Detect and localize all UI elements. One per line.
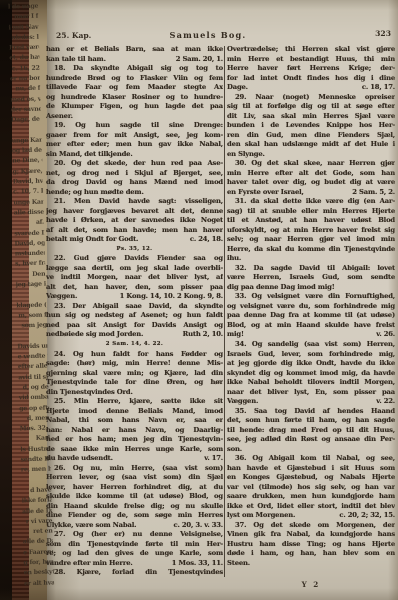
text-line: ve indtil Morgen, naar det bliver lyst, … xyxy=(46,273,223,283)
text-line: 18. Da skyndte Abigail sig og tog to xyxy=(46,64,223,74)
text-line: bunden i de Levendes Knippe hos Her- xyxy=(227,121,395,131)
text-line: og velsignet være du, som forhindrede mi… xyxy=(227,302,395,312)
text-line: Vinen gik fra Nabal, da kundgjorde hans xyxy=(227,530,395,540)
text-segment: du havde udsendt. xyxy=(46,454,113,464)
text-line: naar det bliver lyst, En, som pisser paa xyxy=(227,388,395,398)
text-line: døde i ham, og han, han blev som en xyxy=(227,549,395,559)
text-line: og hundrede Klaser Rosiner og to hundre- xyxy=(46,93,223,103)
text-line: Israels Gud, lever, som forhindrede mig, xyxy=(227,350,395,360)
text-line: net, og drog ned i Skjul af Bjerget, see… xyxy=(46,169,223,179)
text-line: skyndet dig og kommet imod mig, da havde xyxy=(227,369,395,379)
text-line: sig til at forfølge dig og til at søge e… xyxy=(227,102,395,112)
text-line: Dage.c. 18, 17. xyxy=(227,83,395,93)
text-line: hende; og hun mødte dem. xyxy=(46,188,223,198)
text-segment: nedbøiede sig mod Jorden. xyxy=(46,330,143,340)
text-line: han: Nabal er hans Navn, og Daarlig- xyxy=(46,426,223,436)
facing-page-fragment: er alt hvad xyxy=(24,578,54,589)
text-line: Steen. xyxy=(227,559,395,569)
text-line: 19. Og hun sagde til sine Drenge: xyxy=(46,121,223,131)
text-line: en Fyrste over Israel,2 Sam. 5, 2. xyxy=(227,188,395,198)
text-segment: v. 22. xyxy=(376,397,395,407)
text-line: 21. Men David havde sagt: visseligen, xyxy=(46,197,223,207)
text-line: det, som hun førte til ham, og han sagde xyxy=(227,416,395,426)
text-line: 33. Og velsignet være din Fornuftighed, xyxy=(227,292,395,302)
text-line: ned paa sit Ansigt for Davids Ansigt og xyxy=(46,321,223,331)
text-segment: 1 Kong. 14, 10. 2 Kong. 9, 8. xyxy=(120,292,223,302)
text-line: du havde udsendt.v. 17. xyxy=(46,454,223,464)
text-line: var vel (tilmode) hos sig selv, og han v… xyxy=(227,483,395,493)
text-segment: vandre efter min Herre. xyxy=(46,559,133,569)
text-line: din Haand skulde frelse dig; og nu skull… xyxy=(46,502,223,512)
text-line: de Klumper Figen, og hun lagde det paa xyxy=(46,102,223,112)
text-line: Hustru ham disse Ting; og hans Hjerte xyxy=(227,540,395,550)
text-line: 26. Og nu, min Herre, (saa vist som) xyxy=(46,464,223,474)
text-line: havde i Ørken, at der savnedes ikke Noge… xyxy=(46,216,223,226)
text-line: 25. Min Herre, kjære, sætte ikke sit xyxy=(46,397,223,407)
text-line: see, jeg adlød din Røst og ansaae din Pe… xyxy=(227,435,395,445)
text-line: en Konges Gjæstebud, og Nabals Hjerte xyxy=(227,473,395,483)
text-segment: Dage. xyxy=(227,83,248,93)
text-segment: betalt mig Ondt for Godt. xyxy=(46,235,138,245)
text-line: han havde et Gjæstebud i sit Huus som xyxy=(227,464,395,474)
text-segment: v. 26. xyxy=(376,330,395,340)
text-column-left: han er et Belials Barn, saa at man ikkek… xyxy=(46,45,223,578)
text-segment: v. 17. xyxy=(204,454,223,464)
text-line: Væggen.v. 22. xyxy=(227,397,395,407)
text-line: 24. Og hun faldt for hans Fødder og xyxy=(46,350,223,360)
text-line: 23. Der Abigail saae David, da skyndte xyxy=(46,302,223,312)
text-line: 32. Da sagde David til Abigail: lovet xyxy=(227,264,395,274)
text-line: 36. Og Abigail kom til Nabal, og see, xyxy=(227,454,395,464)
text-line: lever, haver Herren forhindret dig, at d… xyxy=(46,483,223,493)
text-line: gaaer frem for mit Ansigt, see, jeg kom- xyxy=(46,131,223,141)
text-line: uforskyldt, og at min Herre haver frelst… xyxy=(227,226,395,236)
text-line: haver talet over dig, og budet dig at væ… xyxy=(227,178,395,188)
text-line: til et Anstød, at han haver udøst Blod xyxy=(227,216,395,226)
text-line: dig paa denne Dag imod mig! xyxy=(227,283,395,293)
text-line: vandre efter min Herre.1 Mos. 33, 11. xyxy=(46,559,223,569)
text-line: mig!v. 26. xyxy=(227,330,395,340)
text-line: Asener. xyxy=(46,112,223,122)
text-segment: c. 24, 18. xyxy=(190,235,223,245)
cross-reference-line: 2 Sam. 14, 4. 22. xyxy=(46,340,223,350)
text-line: nedbøiede sig mod Jorden.Ruth 2, 10. xyxy=(46,330,223,340)
text-line: den skal han udslænge midt af det Hule i xyxy=(227,140,395,150)
text-line: 27. Og (her er) nu denne Velsignelse, xyxy=(46,530,223,540)
text-column-right: Overtrædelse; thi Herren skal vist gjøre… xyxy=(227,45,395,568)
text-line: være Herren, Israels Gud, som sendte xyxy=(227,273,395,283)
text-line: lyst om Morgenen.c. 20, 2; 32, 15. xyxy=(227,511,395,521)
text-segment: Ruth 2, 10. xyxy=(183,330,223,340)
text-line: Væggen.1 Kong. 14, 10. 2 Kong. 9, 8. xyxy=(46,292,223,302)
text-line: tillavede Faar og fem Maader stegte Ax xyxy=(46,83,223,93)
text-segment: lyst om Morgenen. xyxy=(227,511,295,521)
text-line: re; og lad den gives de unge Karle, som xyxy=(46,549,223,559)
text-line: 29. Naar (noget) Menneske opreiser xyxy=(227,93,395,103)
text-line: min Herre et bestandigt Huus, thi min xyxy=(227,55,395,65)
text-segment: mig! xyxy=(227,330,244,340)
text-line: da drog David og hans Mænd ned imod xyxy=(46,178,223,188)
text-line: de saae ikke min Herres unge Karle, som xyxy=(46,445,223,455)
text-line: dit Liv, saa skal min Herres Sjæl være xyxy=(227,112,395,122)
running-head-chapter: 25. Kap. xyxy=(56,31,91,40)
text-line: min Herre efter alt det Gode, som han xyxy=(227,169,395,179)
text-line: som din Tjenestqvinde førte til min Her- xyxy=(46,540,223,550)
text-segment: kan tale til ham. xyxy=(46,55,106,65)
text-line: 35. Saa tog David af hendes Haand xyxy=(227,407,395,417)
text-segment: c. 20, 2; 32, 15. xyxy=(339,511,395,521)
text-line: ihu. xyxy=(227,254,395,264)
text-line: Tjenestqvinde tale for dine Øren, og hør xyxy=(46,378,223,388)
text-line: Herren lever, og (saa vist som) din Sjæl xyxy=(46,473,223,483)
text-segment: 1 Mos. 33, 11. xyxy=(172,559,223,569)
text-line: 34. Og sandelig (saa vist som) Herren, xyxy=(227,340,395,350)
book-photo: l de unge Knaar I fi mit Navnaledes: lFr… xyxy=(0,0,398,600)
text-segment: c. 20, 3. v. 33. xyxy=(174,521,223,531)
text-line: betalt mig Ondt for Godt.c. 24, 18. xyxy=(46,235,223,245)
text-line: at jeg gjorde dig ikke Ondt, havde du ik… xyxy=(227,359,395,369)
text-line: 31. da skal dette ikke være dig (en Aar- xyxy=(227,197,395,207)
text-line: son. xyxy=(227,445,395,455)
text-segment: 2 Sam. 5, 2. xyxy=(352,188,395,198)
text-line: saare drukken, men hun kundgjorde ham xyxy=(227,492,395,502)
text-line: selv; og naar Herren gjør vel imod min xyxy=(227,235,395,245)
text-line: Overtrædelse; thi Herren skal vist gjøre xyxy=(227,45,395,55)
text-line: ren din Gud, men dine Fienders Sjæl, xyxy=(227,131,395,141)
running-head-book-title: Samuels Bog. xyxy=(128,30,288,40)
text-segment: Væggen. xyxy=(227,397,258,407)
text-line: Ulykke, være som Nabal.c. 20, 3. v. 33. xyxy=(46,521,223,531)
page-number: 323 xyxy=(375,29,391,38)
column-divider-rule xyxy=(224,46,225,577)
text-line: han er et Belials Barn, saa at man ikke xyxy=(46,45,223,55)
text-line: til hende: drag med Fred op til dit Huus… xyxy=(227,426,395,436)
text-line: hundrede Brød og to Flasker Viin og fem xyxy=(46,74,223,84)
text-line: 37. Og det skede om Morgenen, der xyxy=(227,521,395,531)
text-segment: 2 Sam. 20, 1. xyxy=(176,55,223,65)
text-line: Herre haver ført Herrens Krige; der- xyxy=(227,64,395,74)
text-segment: en Fyrste over Israel, xyxy=(227,188,304,198)
text-line: paa denne Dag fra at komme til (at udøse… xyxy=(227,311,395,321)
text-line: 30. Og det skal skee, naar Herren gjør xyxy=(227,159,395,169)
text-line: ikke et Ord, lidet eller stort, indtil d… xyxy=(227,502,395,512)
text-line: Hjerte imod denne Belials Mand, imod xyxy=(46,407,223,417)
text-line: hed er hos ham; men jeg din Tjenestqvin- xyxy=(46,435,223,445)
text-line: hun sig og nedsteg af Asenet; og hun fal… xyxy=(46,311,223,321)
text-segment: c. 18, 17. xyxy=(362,83,395,93)
text-line: sagde: (hør) mig, min Herre! denne Mis- xyxy=(46,359,223,369)
text-line: dine Fiender og de, som søge min Herres xyxy=(46,511,223,521)
text-line: mer efter eder; men hun gav ikke Nabal, xyxy=(46,140,223,150)
text-line: for lad intet Ondt findes hos dig i dine xyxy=(227,74,395,84)
text-line: jeg haver forgjæves bevaret alt det, den… xyxy=(46,207,223,217)
text-line: af alt det, som han havde; men han haver xyxy=(46,226,223,236)
text-line: sin Mand, det tilkjende. xyxy=(46,150,223,160)
text-line: ikke Nabal beholdt tilovers indtil Morge… xyxy=(227,378,395,388)
text-segment: Ulykke, være som Nabal. xyxy=(46,521,136,531)
text-line: Herre, da skal du komme din Tjenestqvind… xyxy=(227,245,395,255)
text-line: 20. Og det skede, der hun red paa Ase- xyxy=(46,159,223,169)
text-line: sag) til at snuble eller min Herres Hjer… xyxy=(227,207,395,217)
text-line: skulde ikke komme til (at udøse) Blod, o… xyxy=(46,492,223,502)
text-line: Nabal, thi som hans Navn er, saa er xyxy=(46,416,223,426)
text-line: Blod, og at min Haand skulde have frelst xyxy=(227,321,395,331)
text-line: lægge saa dertil, om jeg skal lade overb… xyxy=(46,264,223,274)
text-line: alt det, han haver, den, som pisser paa xyxy=(46,283,223,293)
text-line: din Tjenestqvindes Ord. xyxy=(46,388,223,398)
text-line: kan tale til ham.2 Sam. 20, 1. xyxy=(46,55,223,65)
cross-reference-line: Ps. 35, 12. xyxy=(46,245,223,255)
text-line: gjerning skal være min; og Kjære, lad di… xyxy=(46,369,223,379)
text-segment: Væggen. xyxy=(46,292,77,302)
text-line: 22. Gud gjøre Davids Fiender saa og xyxy=(46,254,223,264)
text-line: en Slynge. xyxy=(227,150,395,160)
text-line: 28. Kjære, forlad din Tjenestqvindes xyxy=(46,568,223,578)
printer-signature-mark: Y 2 xyxy=(227,580,395,589)
